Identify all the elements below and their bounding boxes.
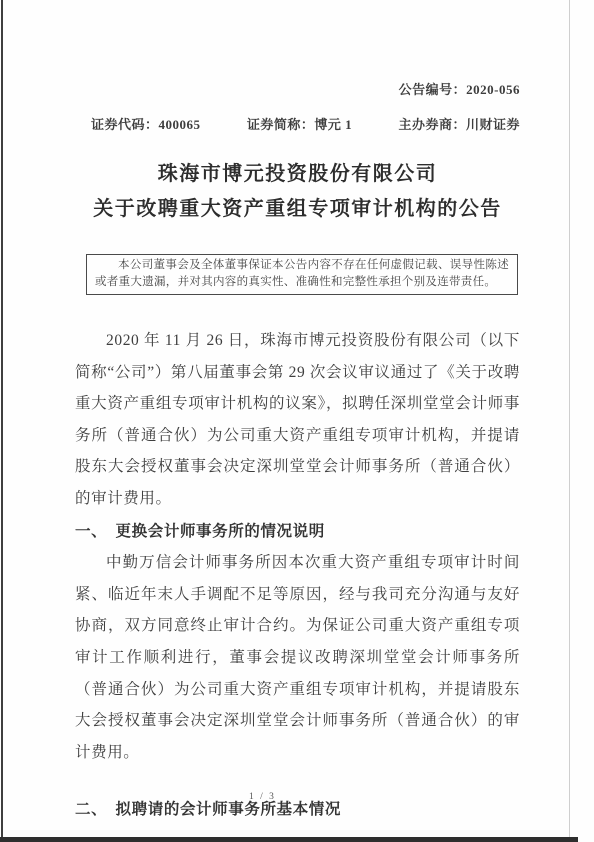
scan-edge-left	[1, 0, 3, 842]
disclaimer-box: 本公司董事会及全体董事保证本公告内容不存在任何虚假记载、误导性陈述或者重大遗漏，…	[86, 254, 518, 295]
company-name-title-line: 珠海市博元投资股份有限公司	[75, 157, 520, 192]
document-title: 珠海市博元投资股份有限公司 关于改聘重大资产重组专项审计机构的公告	[75, 157, 520, 227]
document-page: 公告编号：2020-056 证券代码：400065 证券简称：博元 1 主办券商…	[0, 0, 594, 842]
section1-paragraph: 中勤万信会计师事务所因本次重大资产重组专项审计时间紧、临近年末人手调配不足等原因…	[75, 547, 520, 768]
scan-edge-right	[569, 0, 570, 842]
scan-edge-bottom	[0, 837, 578, 842]
intro-paragraph: 2020 年 11 月 26 日，珠海市博元投资股份有限公司（以下简称“公司”）…	[75, 325, 520, 515]
document-content: 公告编号：2020-056 证券代码：400065 证券简称：博元 1 主办券商…	[75, 0, 520, 826]
securities-meta-row: 证券代码：400065 证券简称：博元 1 主办券商：川财证券	[75, 117, 520, 132]
securities-name: 证券简称：博元 1	[247, 117, 352, 132]
disclaimer-text: 本公司董事会及全体董事保证本公告内容不存在任何虚假记载、误导性陈述或者重大遗漏，…	[95, 257, 509, 291]
announcement-number: 公告编号：2020-056	[75, 82, 520, 97]
page-number: 1 / 3	[0, 792, 525, 802]
section1-heading: 一、 更换会计师事务所的情况说明	[75, 516, 520, 548]
sponsor-broker: 主办券商：川财证券	[398, 117, 520, 132]
announcement-title-line: 关于改聘重大资产重组专项审计机构的公告	[75, 192, 520, 227]
securities-code: 证券代码：400065	[91, 117, 201, 132]
